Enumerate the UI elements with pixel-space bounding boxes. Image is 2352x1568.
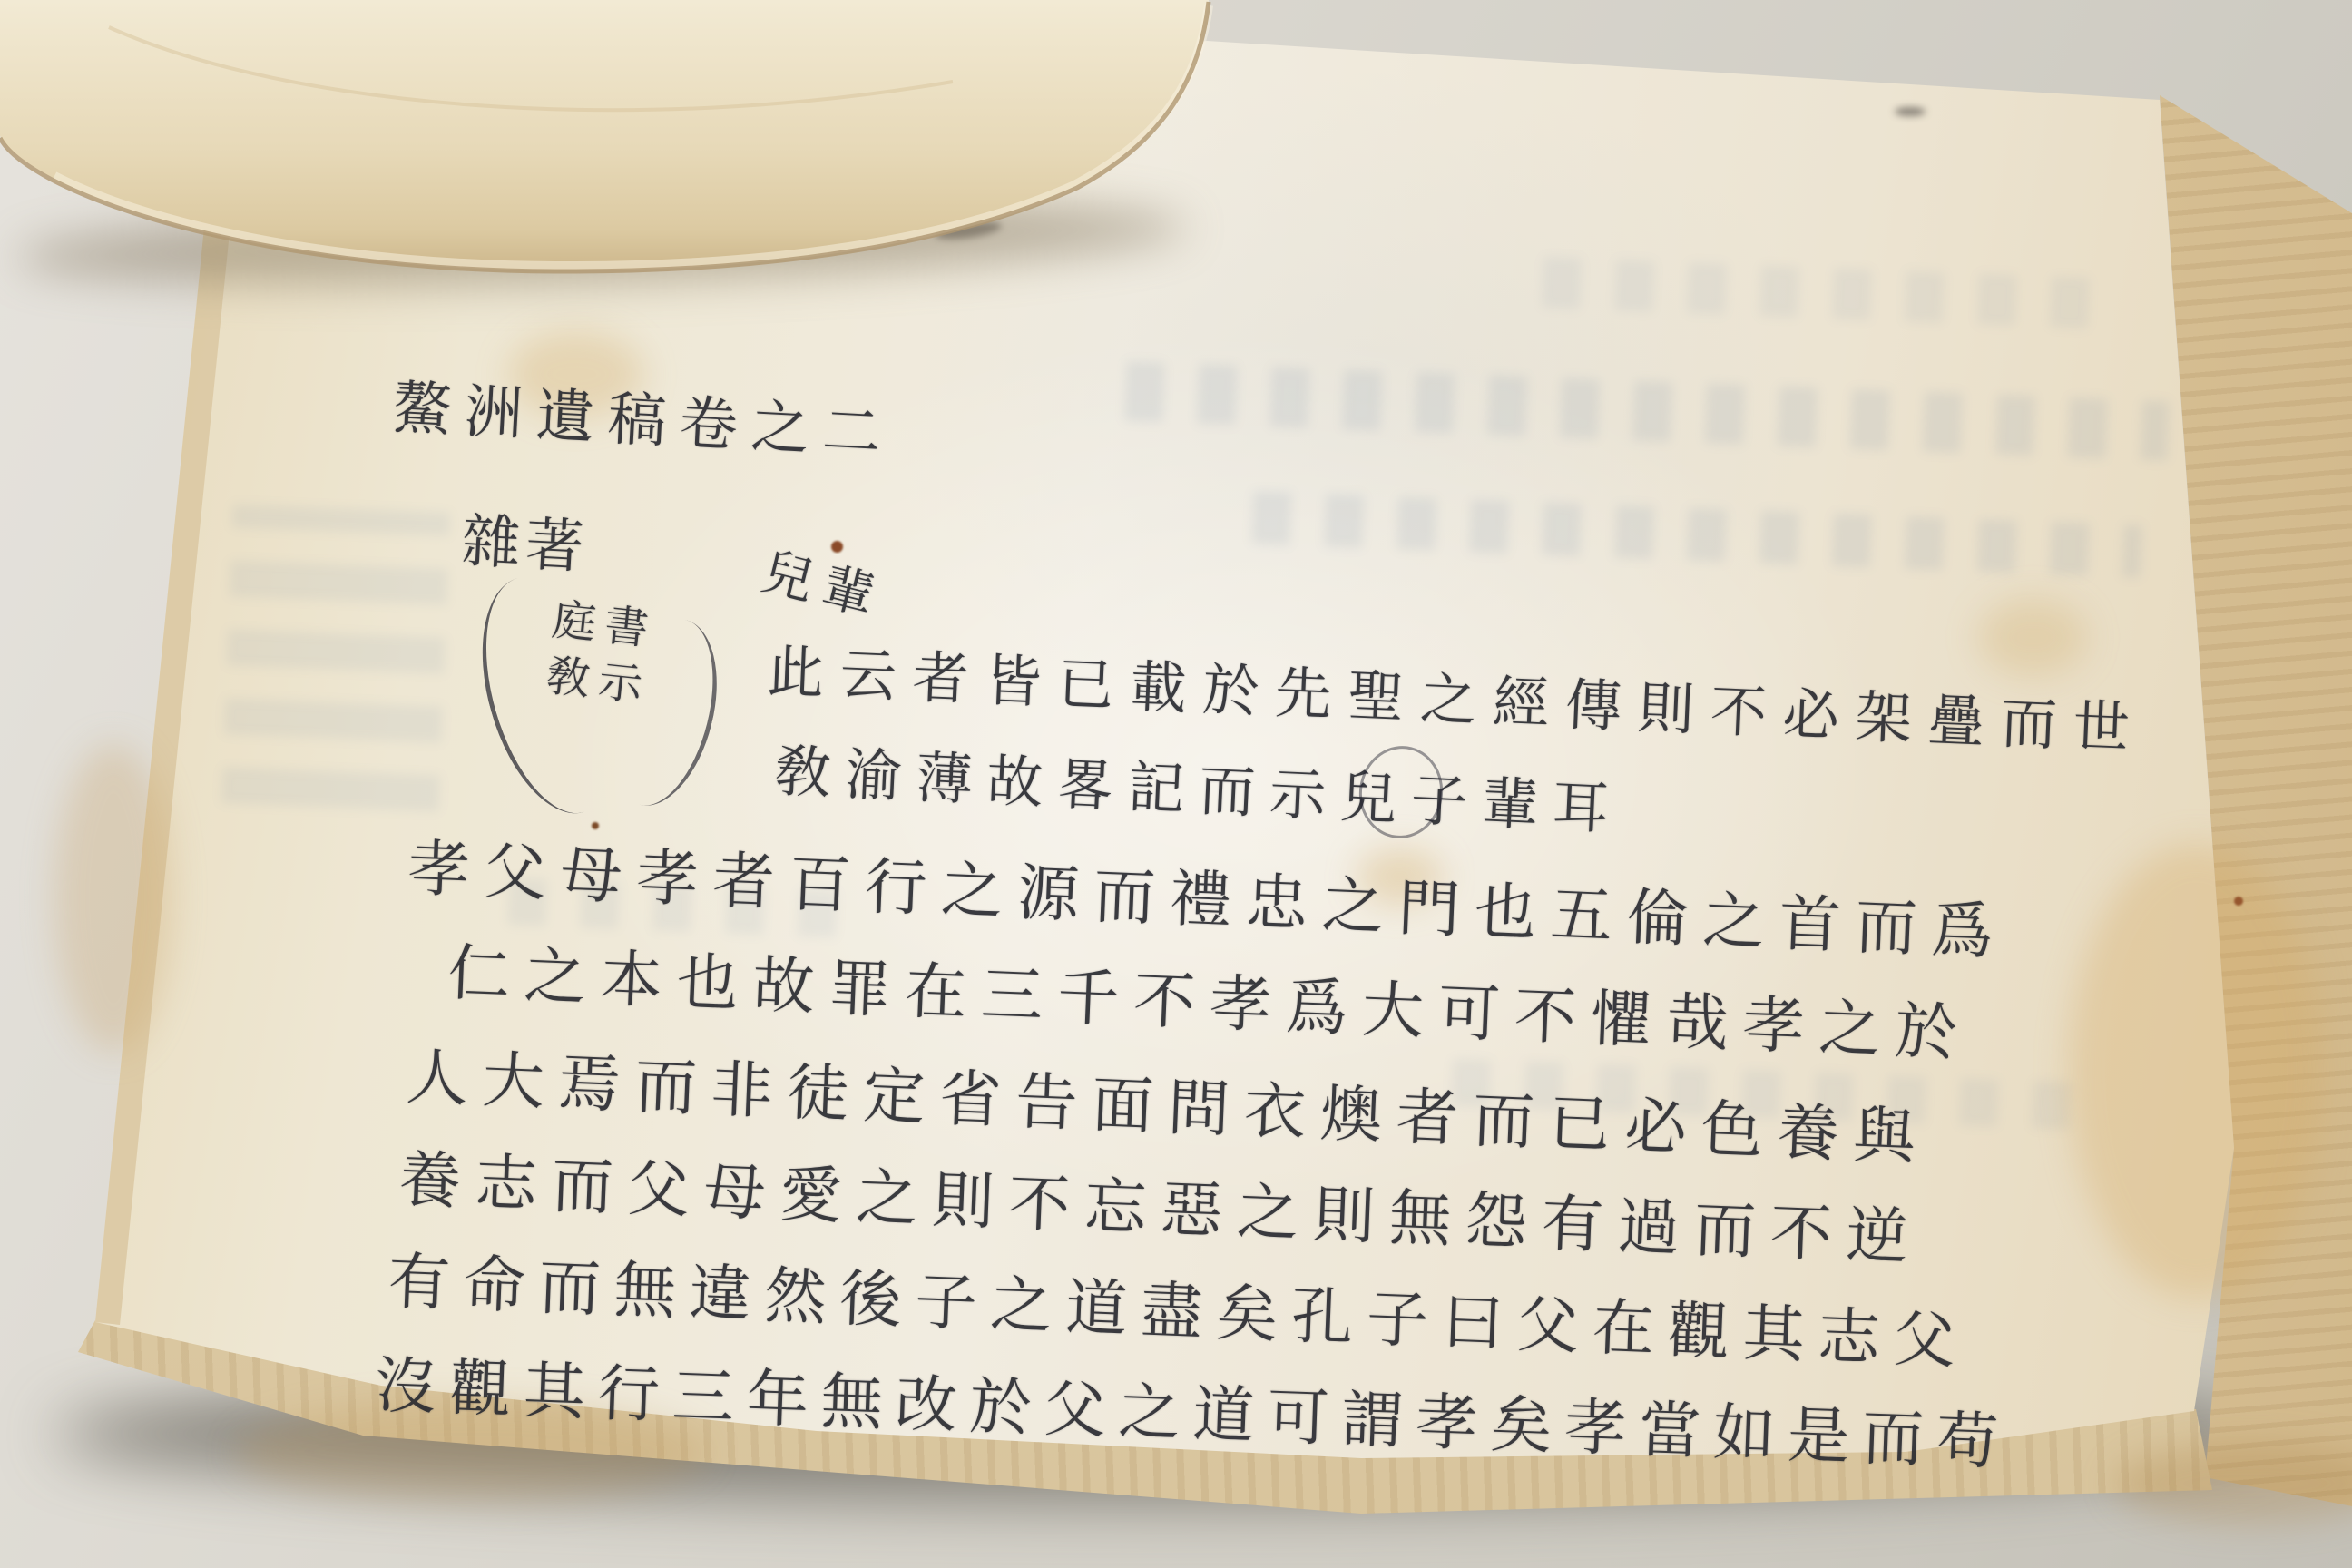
annotation-note: 庭書敎示 [544,592,667,715]
ink-smudge [1895,107,1926,116]
section-header: 雜著 [460,495,592,584]
rust-speck [2234,897,2243,906]
manuscript-photo: 鰲洲遺稿卷之二 雜著 庭書敎示 兒輩 此云者皆已載於先聖之經傳則不必架疊而世 敎… [0,0,2352,1568]
bleedthrough-ghost-text [221,505,450,812]
foxing-stain [2069,844,2323,1298]
foxing-stain [1978,599,2087,676]
page-curl [0,0,1216,290]
foxing-stain [54,744,172,1053]
foxing-stain [2114,1443,2352,1524]
